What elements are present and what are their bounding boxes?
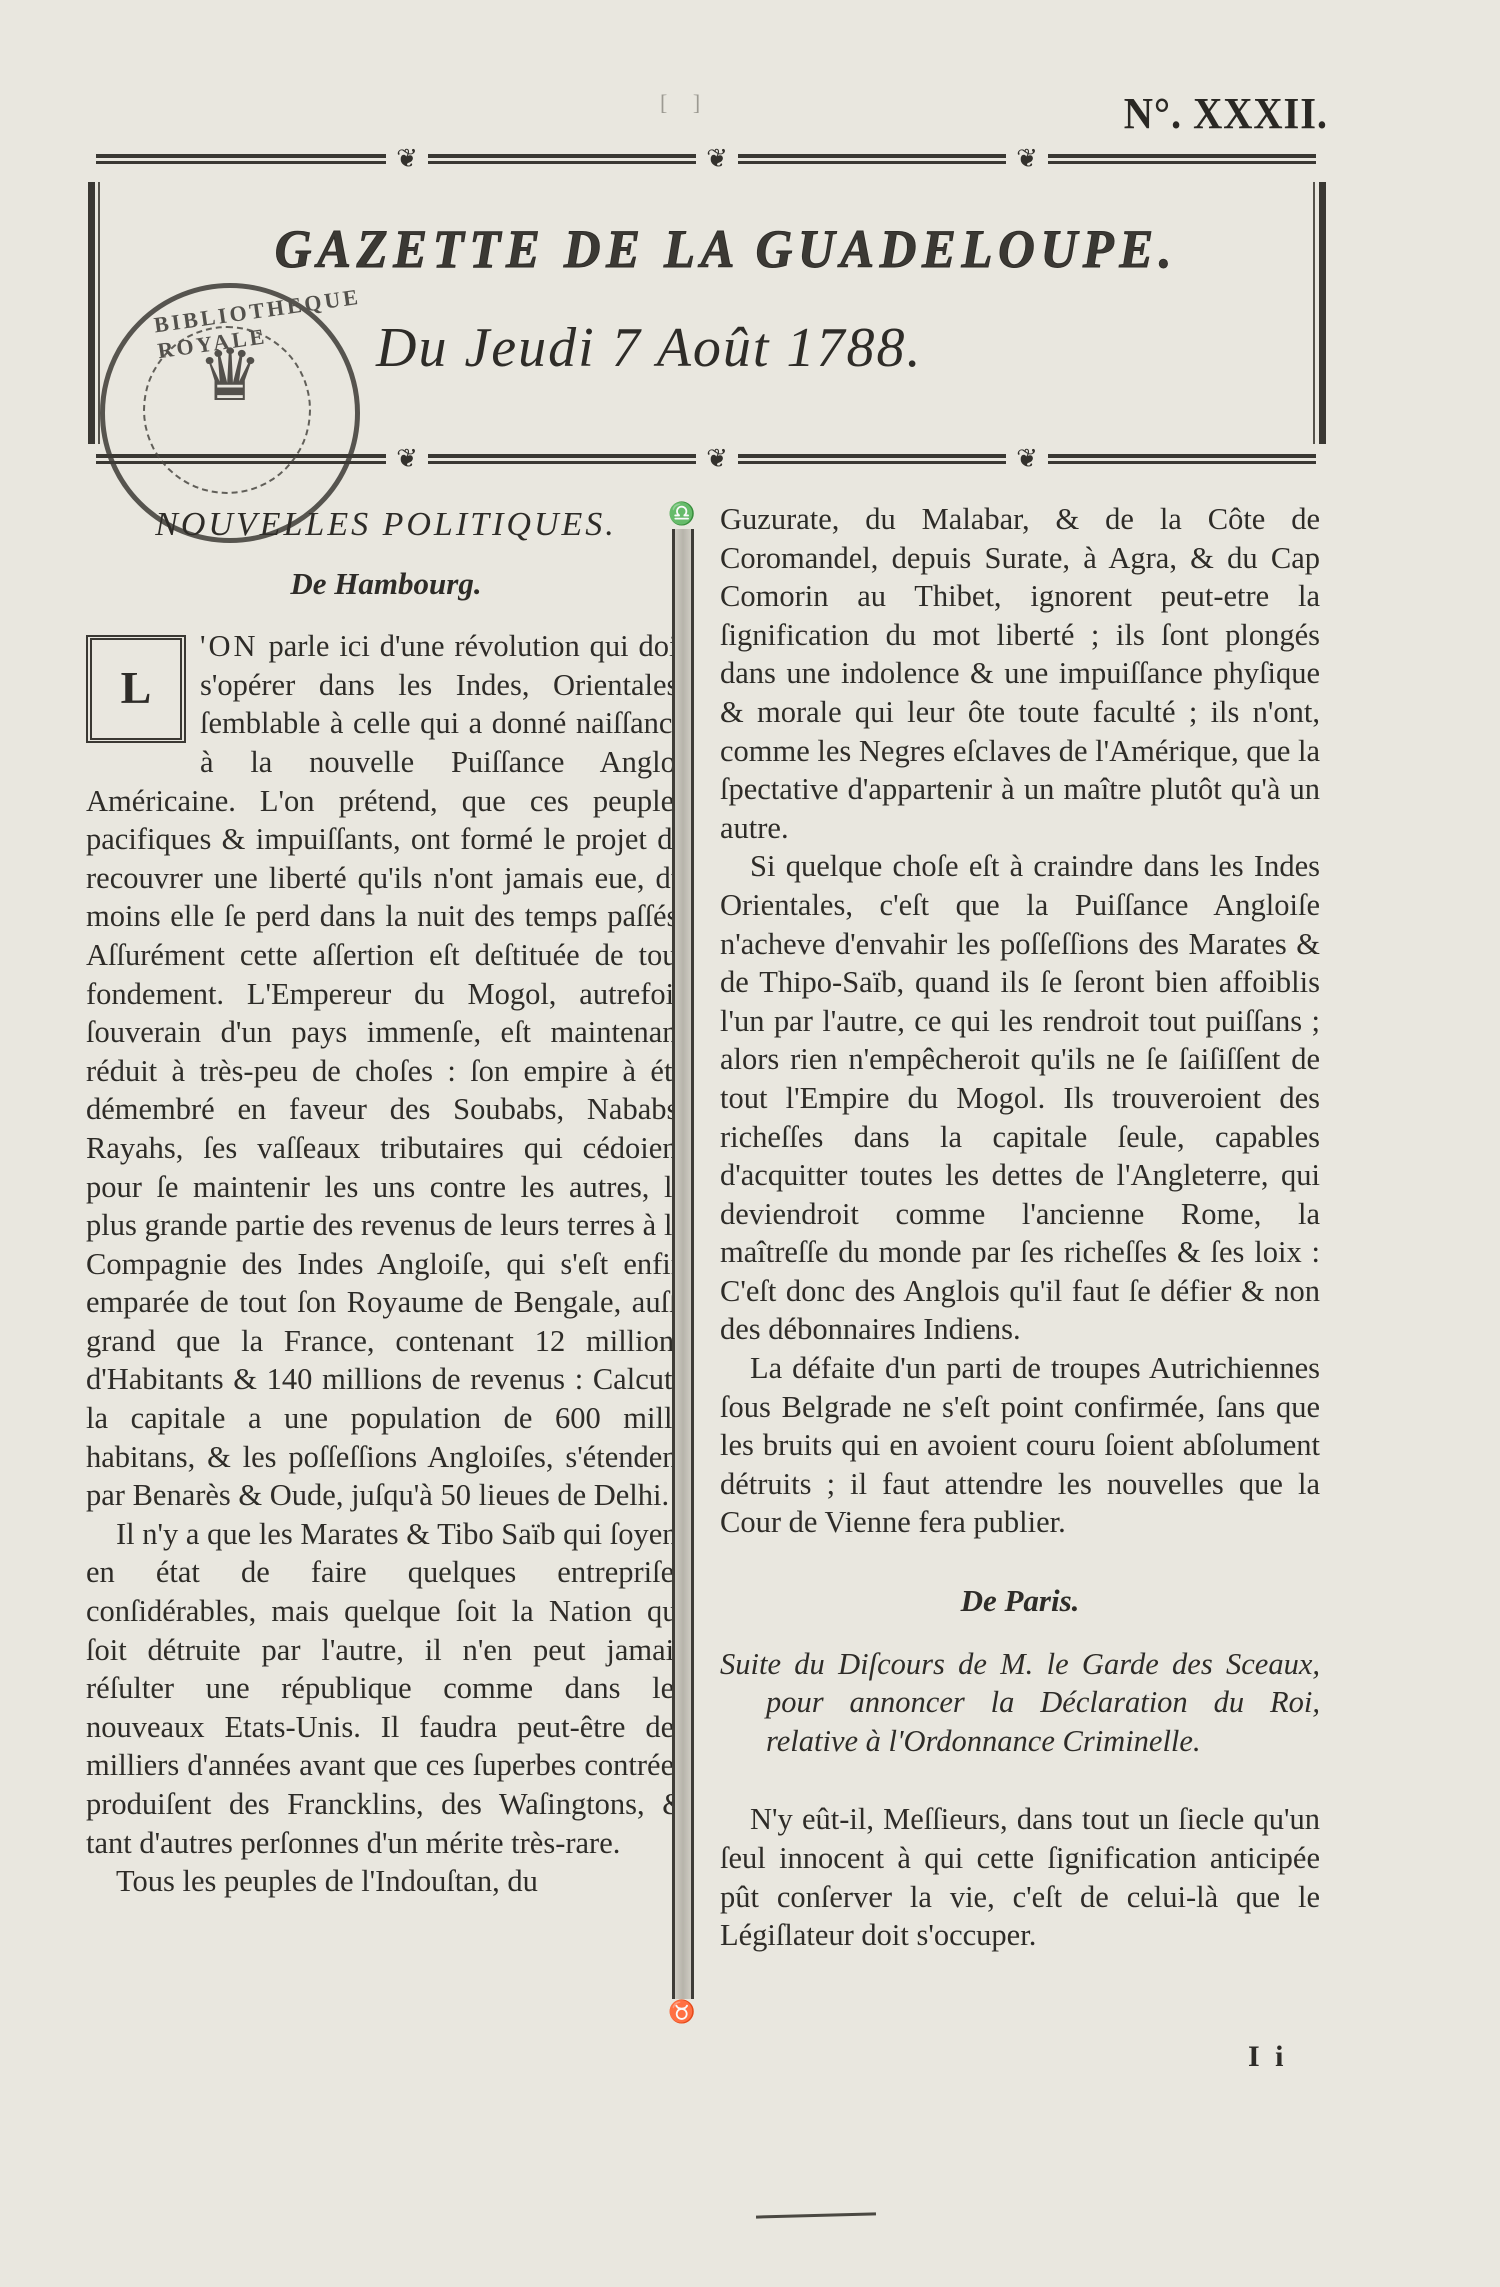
fleuron-icon: ❦ <box>696 144 738 174</box>
left-column: NOUVELLES POLITIQUES. De Hambourg. L 'ON… <box>86 500 686 1901</box>
bottom-rule <box>756 2212 876 2218</box>
page-top-mark: [ ] <box>660 90 780 118</box>
paragraph: La défaite d'un parti de troupes Autrich… <box>720 1349 1320 1542</box>
paragraph: Tous les peuples de l'Indouſtan, du <box>86 1862 686 1901</box>
paragraph: Il n'y a que les Marates & Tibo Saïb qui… <box>86 1515 686 1862</box>
newspaper-title: GAZETTE DE LA GUADELOUPE. <box>153 218 1300 280</box>
paragraph: 'ON parle ici d'une révolution qui doit … <box>86 627 686 1515</box>
lead-word: 'ON <box>200 629 259 663</box>
crown-icon: ♛ <box>175 346 285 406</box>
right-column: Guzurate, du Malabar, & de la Côte de Co… <box>720 500 1320 1955</box>
fleuron-icon: ❦ <box>386 144 428 174</box>
paragraph: N'y eût-il, Meſſieurs, dans tout un ſiec… <box>720 1800 1320 1954</box>
divider-top-ornament-icon: ♎ <box>668 501 695 527</box>
place-heading-hamburg: De Hambourg. <box>86 565 686 604</box>
issue-date: Du Jeudi 7 Août 1788. <box>376 316 922 380</box>
frame-right-bar <box>1319 182 1326 444</box>
column-divider: ♎ ♉ <box>666 515 694 2015</box>
issue-number: N°. XXXII. <box>1124 88 1328 139</box>
article-hamburg: L 'ON parle ici d'une révolution qui doi… <box>86 627 686 1515</box>
fleuron-icon: ❦ <box>1006 144 1048 174</box>
ornamental-rule-top: ❦ ❦ ❦ <box>86 148 1326 170</box>
paragraph: Si quelque choſe eſt à craindre dans les… <box>720 847 1320 1349</box>
section-heading: NOUVELLES POLITIQUES. <box>86 506 686 545</box>
divider-bottom-ornament-icon: ♉ <box>668 1999 695 2025</box>
place-heading-paris: De Paris. <box>720 1582 1320 1621</box>
fleuron-icon: ❦ <box>386 444 428 474</box>
discourse-heading: Suite du Diſcours de M. le Garde des Sce… <box>720 1645 1320 1761</box>
signature-mark: I i <box>1248 2040 1288 2074</box>
frame-left-bar <box>88 182 95 444</box>
divider-rail <box>672 529 694 1999</box>
drop-cap: L <box>86 635 186 743</box>
fleuron-icon: ❦ <box>696 444 738 474</box>
fleuron-icon: ❦ <box>1006 444 1048 474</box>
gazette-page: [ ] N°. XXXII. ❦ ❦ ❦ GAZETTE DE LA GUADE… <box>0 0 1500 2287</box>
paragraph: Guzurate, du Malabar, & de la Côte de Co… <box>720 500 1320 847</box>
